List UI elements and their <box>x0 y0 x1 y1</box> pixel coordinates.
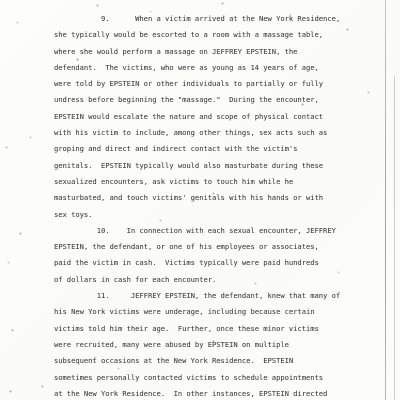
document-line: paid the victim in cash. Victims typical… <box>54 255 384 271</box>
document-line: at the New York Residence. In other inst… <box>54 386 384 400</box>
document-line: 10. In connection with each sexual encou… <box>54 223 384 239</box>
scan-edge-line <box>385 0 386 400</box>
document-text: 9. When a victim arrived at the New York… <box>54 11 384 400</box>
document-line: groping and direct and indirect contact … <box>54 141 384 157</box>
document-line: undress before beginning the "massage." … <box>54 92 384 108</box>
document-line: where she would perform a massage on JEF… <box>54 44 384 60</box>
document-line: victims told him their age. Further, onc… <box>54 321 384 337</box>
document-line: with his victim to include, among other … <box>54 125 384 141</box>
screenshot-viewport: 9. When a victim arrived at the New York… <box>0 0 400 400</box>
document-line: sex toys. <box>54 207 384 223</box>
document-line: masturbated, and touch victims' genitals… <box>54 190 384 206</box>
document-line: defendant. The victims, who were as youn… <box>54 60 384 76</box>
document-line: sometimes personally contacted victims t… <box>54 370 384 386</box>
scan-edge-line-secondary <box>394 76 395 400</box>
document-line: sexualized encounters, ask victims to to… <box>54 174 384 190</box>
document-line: were recruited, many were abused by EPST… <box>54 337 384 353</box>
document-line: EPSTEIN, the defendant, or one of his em… <box>54 239 384 255</box>
scan-noise-specks <box>0 0 1 1</box>
document-page: 9. When a victim arrived at the New York… <box>0 0 400 400</box>
document-line: she typically would be escorted to a roo… <box>54 27 384 43</box>
document-line: his New York victims were underage, incl… <box>54 304 384 320</box>
document-line: subsequent occasions at the New York Res… <box>54 353 384 369</box>
document-line: genitals. EPSTEIN typically would also m… <box>54 158 384 174</box>
document-line: 9. When a victim arrived at the New York… <box>54 11 384 27</box>
document-line: EPSTEIN would escalate the nature and sc… <box>54 109 384 125</box>
document-line: 11. JEFFREY EPSTEIN, the defendant, knew… <box>54 288 384 304</box>
document-line: of dollars in cash for each encounter. <box>54 272 384 288</box>
document-line: were told by EPSTEIN or other individual… <box>54 76 384 92</box>
